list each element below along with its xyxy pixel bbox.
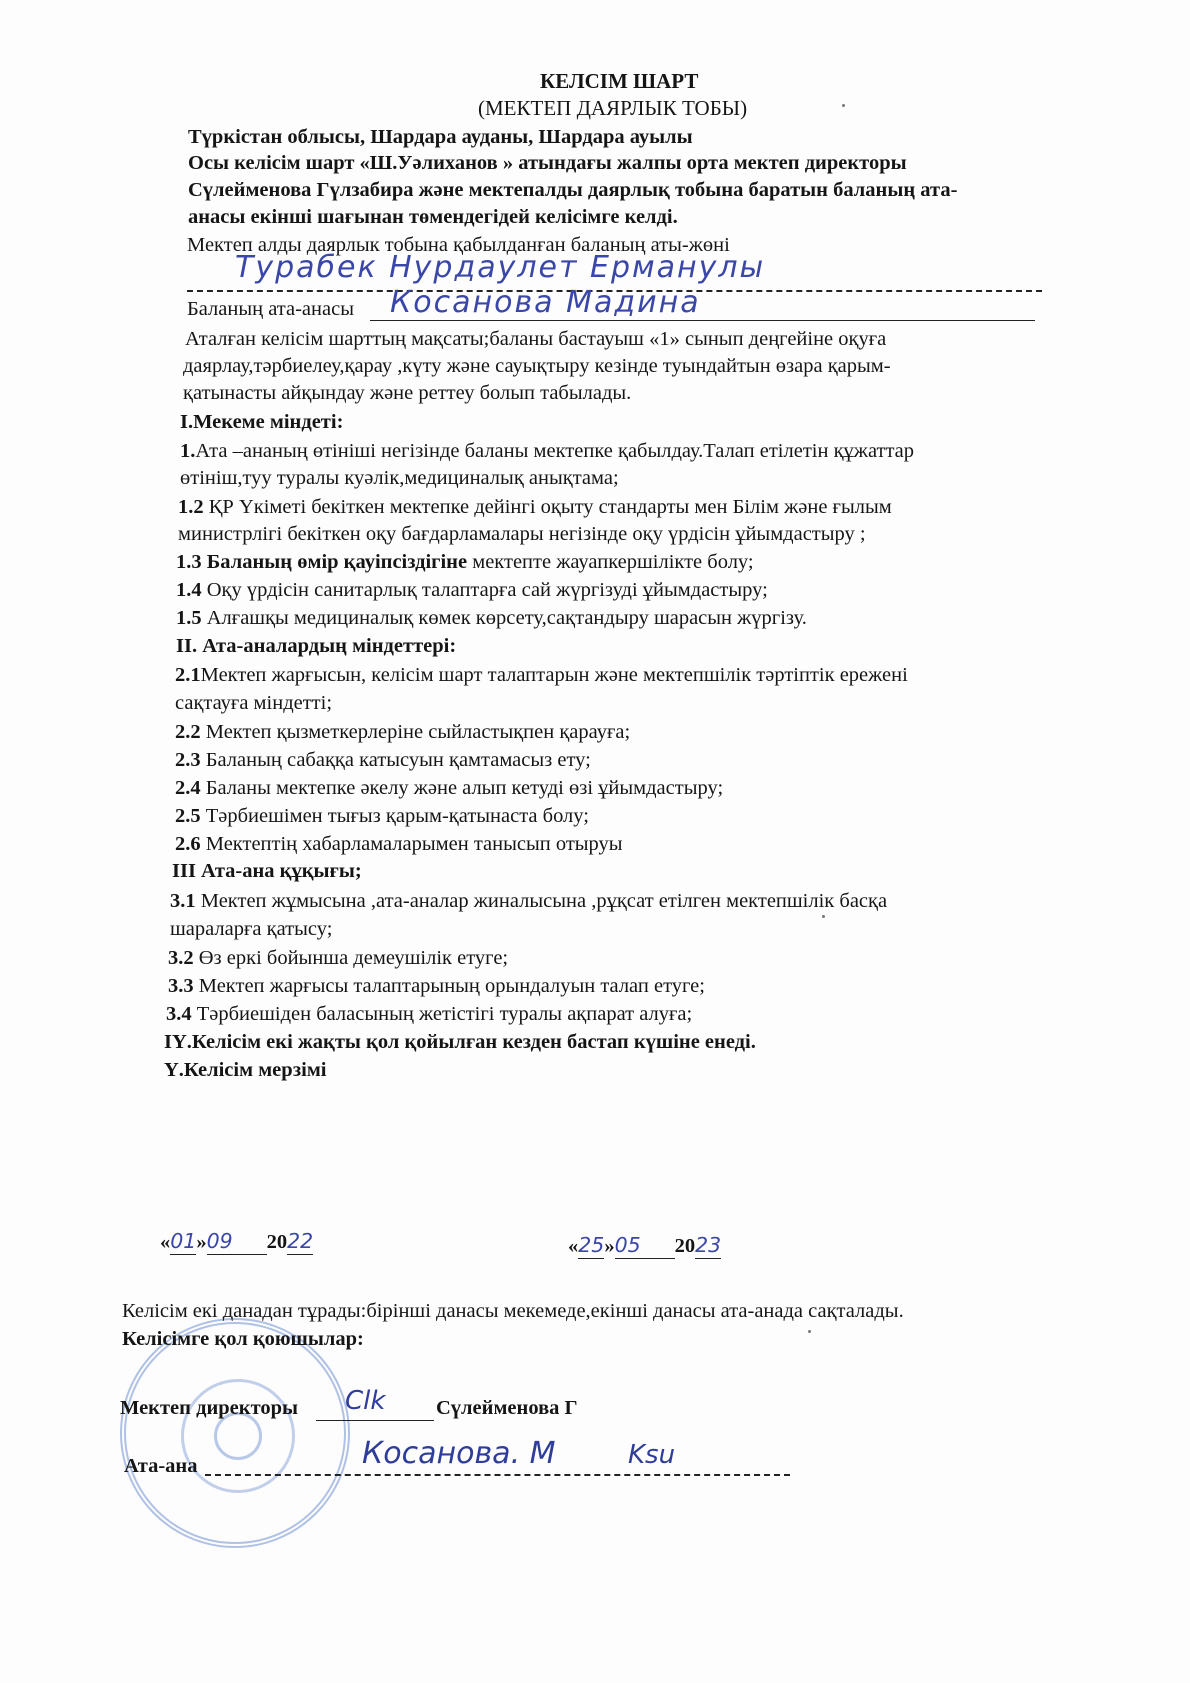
item-number: 1.4 bbox=[176, 579, 202, 601]
item-number: 2.6 bbox=[175, 833, 201, 855]
parent-sign-label: Ата-ана bbox=[124, 1453, 198, 1479]
section1-item-1: 1.Ата –ананың өтініші негізінде баланы м… bbox=[180, 438, 914, 464]
section2-item-6: 2.6 Мектептің хабарламаларымен танысып о… bbox=[175, 831, 623, 857]
section3-item-4: 3.4 Тәрбиешіден баласының жетістігі тура… bbox=[166, 1001, 692, 1027]
intro-line-1: Осы келісім шарт «Ш.Уәлиханов » атындағы… bbox=[188, 150, 907, 176]
item-text: Мектеп жарғысын, келісім шарт талаптарын… bbox=[201, 664, 908, 686]
section2-item-5: 2.5 Тәрбиешімен тығыз қарым-қатынаста бо… bbox=[175, 803, 589, 829]
section3-item-1-cont: шараларға қатысу; bbox=[170, 916, 332, 942]
end-day-field[interactable]: 25 bbox=[578, 1232, 604, 1259]
item-number: 3.1 bbox=[170, 890, 196, 912]
item-number: 1. bbox=[180, 440, 195, 462]
item-number: 2.1 bbox=[175, 664, 201, 686]
item-text: Мектеп қызметкерлеріне сыйластықпен қара… bbox=[201, 721, 631, 743]
item-text: Өз еркі бойынша демеушілік етуге; bbox=[194, 947, 509, 969]
director-label: Мектеп директоры bbox=[120, 1395, 298, 1421]
end-date: «25»052023 bbox=[568, 1232, 721, 1259]
document-title: КЕЛСІМ ШАРТ bbox=[540, 68, 698, 94]
item-text: ҚР Үкіметі бекіткен мектепке дейінгі оқы… bbox=[204, 496, 892, 518]
start-day-field[interactable]: 01 bbox=[170, 1228, 196, 1255]
section1-item-5: 1.5 Алғашқы медициналық көмек көрсету,са… bbox=[176, 605, 807, 631]
section3-heading: ІІІ Ата-ана құқығы; bbox=[172, 858, 362, 884]
end-year-field[interactable]: 23 bbox=[695, 1232, 721, 1259]
item-text: Тәрбиешіден баласының жетістігі туралы а… bbox=[192, 1003, 693, 1025]
official-stamp bbox=[120, 1318, 350, 1548]
parent-signature-mark: Ksu bbox=[628, 1440, 675, 1470]
section2-heading: ІІ. Ата-аналардың міндеттері: bbox=[176, 633, 456, 659]
item-text: Ата –ананың өтініші негізінде баланы мек… bbox=[195, 440, 914, 462]
item-number: 2.2 bbox=[175, 721, 201, 743]
purpose-line-3: қатынасты айқындау және реттеу болып таб… bbox=[183, 380, 631, 406]
item-number: 3.4 bbox=[166, 1003, 192, 1025]
section5-heading: Ү.Келісім мерзімі bbox=[164, 1057, 327, 1083]
item-text: Мектеп жарғысы талаптарының орындалуын т… bbox=[194, 975, 705, 997]
section1-item-2: 1.2 ҚР Үкіметі бекіткен мектепке дейінгі… bbox=[178, 494, 892, 520]
parent-name-line bbox=[370, 320, 1035, 321]
parent-signature[interactable]: Косанова. М bbox=[362, 1436, 556, 1471]
item-number: 3.3 bbox=[168, 975, 194, 997]
item-text: мектепте жауапкершілікте болу; bbox=[467, 551, 754, 573]
copies-note: Келісім екі данадан тұрады:бірінші данас… bbox=[122, 1298, 904, 1324]
section3-item-3: 3.3 Мектеп жарғысы талаптарының орындалу… bbox=[168, 973, 705, 999]
item-number: 1.5 bbox=[176, 607, 202, 629]
item-number: 2.3 bbox=[175, 749, 201, 771]
section1-item-3: 1.3 Баланың өмір қауіпсіздігіне мектепте… bbox=[176, 549, 754, 575]
item-text: Мектеп жұмысына ,ата-аналар жиналысына ,… bbox=[196, 890, 887, 912]
purpose-line-1: Аталған келісім шарттың мақсаты;баланы б… bbox=[185, 326, 886, 352]
section2-item-1: 2.1Мектеп жарғысын, келісім шарт талапта… bbox=[175, 662, 908, 688]
scan-speck bbox=[842, 104, 845, 107]
parent-signature-line bbox=[205, 1474, 790, 1476]
section3-item-1: 3.1 Мектеп жұмысына ,ата-аналар жиналысы… bbox=[170, 888, 887, 914]
end-year-prefix: 20 bbox=[675, 1235, 696, 1257]
section2-item-3: 2.3 Баланың сабаққа катысуын қамтамасыз … bbox=[175, 747, 591, 773]
item-number: 3.2 bbox=[168, 947, 194, 969]
section2-item-1-cont: сақтауға міндетті; bbox=[175, 690, 332, 716]
item-number: 1.3 Баланың өмір қауіпсіздігіне bbox=[176, 551, 467, 573]
start-year-field[interactable]: 22 bbox=[287, 1228, 313, 1255]
contract-page: КЕЛСІМ ШАРТ (МЕКТЕП ДАЯРЛЫК ТОБЫ) Түркіс… bbox=[0, 0, 1190, 1683]
section1-item-1-cont: өтініш,туу туралы куәлік,медициналық аны… bbox=[180, 465, 619, 491]
section4-text: ІҮ.Келісім екі жақты қол қойылған кезден… bbox=[164, 1029, 756, 1055]
location-line: Түркістан облысы, Шардара ауданы, Шардар… bbox=[188, 124, 693, 150]
section2-item-2: 2.2 Мектеп қызметкерлеріне сыйластықпен … bbox=[175, 719, 630, 745]
section1-item-4: 1.4 Оқу үрдісін санитарлық талаптарға са… bbox=[176, 577, 768, 603]
item-number: 2.4 bbox=[175, 777, 201, 799]
item-text: Тәрбиешімен тығыз қарым-қатынаста болу; bbox=[201, 805, 589, 827]
item-number: 1.2 bbox=[178, 496, 204, 518]
director-signature[interactable]: Сlk bbox=[345, 1386, 385, 1416]
item-text: Мектептің хабарламаларымен танысып отыру… bbox=[201, 833, 623, 855]
intro-line-3: анасы екінші шағынан төмендегідей келісі… bbox=[188, 204, 678, 230]
section3-item-2: 3.2 Өз еркі бойынша демеушілік етуге; bbox=[168, 945, 508, 971]
start-date: «01»092022 bbox=[160, 1228, 313, 1255]
section1-item-2-cont: министрлігі бекіткен оқу бағдарламалары … bbox=[178, 521, 866, 547]
signatories-heading: Келісімге қол қоюшылар: bbox=[122, 1326, 364, 1352]
item-text: Алғашқы медициналық көмек көрсету,сақтан… bbox=[202, 607, 807, 629]
item-text: Баланы мектепке әкелу және алып кетуді ө… bbox=[201, 777, 724, 799]
parent-name-label: Баланың ата-анасы bbox=[187, 296, 354, 322]
scan-speck bbox=[808, 1330, 811, 1333]
child-name-field[interactable]: Турабек Нурдаулет Ерманулы bbox=[235, 255, 765, 281]
purpose-line-2: даярлау,тәрбиелеу,қарау ,күту және сауық… bbox=[183, 353, 891, 379]
section1-heading: І.Мекеме міндеті: bbox=[180, 409, 343, 435]
document-subtitle: (МЕКТЕП ДАЯРЛЫК ТОБЫ) bbox=[478, 95, 747, 121]
parent-name-field[interactable]: Косанова Мадина bbox=[390, 290, 701, 316]
director-name: Сүлейменова Г bbox=[436, 1395, 578, 1421]
section2-item-4: 2.4 Баланы мектепке әкелу және алып кету… bbox=[175, 775, 723, 801]
item-text: Баланың сабаққа катысуын қамтамасыз ету; bbox=[201, 749, 591, 771]
start-year-prefix: 20 bbox=[267, 1231, 288, 1253]
end-month-field[interactable]: 05 bbox=[615, 1232, 675, 1259]
start-month-field[interactable]: 09 bbox=[207, 1228, 267, 1255]
director-signature-line bbox=[316, 1420, 434, 1421]
intro-line-2: Сүлейменова Гүлзабира және мектепалды да… bbox=[188, 177, 957, 203]
scan-speck bbox=[822, 915, 825, 918]
item-text: Оқу үрдісін санитарлық талаптарға сай жү… bbox=[202, 579, 768, 601]
item-number: 2.5 bbox=[175, 805, 201, 827]
